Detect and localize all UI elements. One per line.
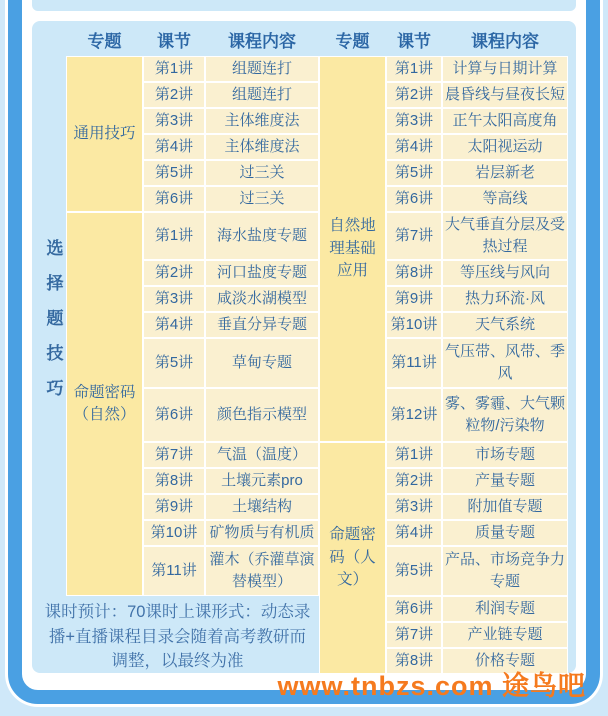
content-cell: 产品、市场竞争力专题 [442,546,568,596]
content-cell: 组题连打 [205,56,319,82]
lesson-cell: 第1讲 [143,212,205,260]
content-cell: 市场专题 [442,442,568,468]
curriculum-grid: 专题 课节 课程内容 专题 课节 课程内容 选择题技巧 课时预计：70课时上课形… [40,28,568,674]
content-cell: 主体维度法 [205,134,319,160]
content-cell: 雾、雾霾、大气颗粒物/污染物 [442,388,568,442]
poster-card: 专题 课节 课程内容 专题 课节 课程内容 选择题技巧 课时预计：70课时上课形… [8,0,600,704]
content-cell: 晨昏线与昼夜长短 [442,82,568,108]
lesson-cell: 第10讲 [386,312,442,338]
lesson-cell: 第6讲 [386,596,442,622]
content-cell: 土壤元素pro [205,468,319,494]
content-cell: 组题连打 [205,82,319,108]
lesson-cell: 第7讲 [143,442,205,468]
topic-cell: 自然地理基础应用 [319,56,386,442]
lesson-cell: 第8讲 [143,468,205,494]
lesson-cell: 第4讲 [143,134,205,160]
content-cell: 附加值专题 [442,494,568,520]
content-cell: 热力环流·风 [442,286,568,312]
lesson-cell: 第3讲 [143,108,205,134]
content-cell: 正午太阳高度角 [442,108,568,134]
content-cell: 气温（温度） [205,442,319,468]
lesson-cell: 第3讲 [386,108,442,134]
content-cell: 主体维度法 [205,108,319,134]
lesson-cell: 第11讲 [143,546,205,596]
content-cell: 海水盐度专题 [205,212,319,260]
lesson-cell: 第4讲 [386,134,442,160]
content-cell: 过三关 [205,186,319,212]
lesson-cell: 第11讲 [386,338,442,388]
content-cell: 过三关 [205,160,319,186]
lesson-cell: 第2讲 [386,468,442,494]
lesson-cell: 第1讲 [386,442,442,468]
page-background: { "header": { "cols": ["专题", "课节", "课程内容… [0,0,608,716]
lesson-cell: 第6讲 [386,186,442,212]
lesson-cell: 第3讲 [386,494,442,520]
content-cell: 岩层新老 [442,160,568,186]
lesson-cell: 第5讲 [386,160,442,186]
section-divider-strip [32,0,576,11]
content-cell: 产量专题 [442,468,568,494]
lesson-cell: 第5讲 [143,160,205,186]
vertical-section-label: 选择题技巧 [40,56,66,596]
column-header-content-right: 课程内容 [442,28,568,56]
content-cell: 土壤结构 [205,494,319,520]
lesson-cell: 第5讲 [143,338,205,388]
lesson-cell: 第9讲 [386,286,442,312]
content-cell: 气压带、风带、季风 [442,338,568,388]
column-header-topic-left: 专题 [66,28,143,56]
content-cell: 灌木（乔灌草演替模型） [205,546,319,596]
content-cell: 大气垂直分层及受热过程 [442,212,568,260]
content-cell: 咸淡水湖模型 [205,286,319,312]
column-header-lesson-left: 课节 [143,28,205,56]
content-cell: 天气系统 [442,312,568,338]
topic-cell: 命题密码（自然） [66,212,143,596]
lesson-cell: 第1讲 [386,56,442,82]
lesson-cell: 第4讲 [143,312,205,338]
lesson-cell: 第12讲 [386,388,442,442]
curriculum-panel: 专题 课节 课程内容 专题 课节 课程内容 选择题技巧 课时预计：70课时上课形… [32,21,576,673]
schedule-note: 课时预计：70课时上课形式：动态录播+直播课程目录会随着高考教研而调整，以最终为… [40,596,319,674]
column-header-lesson-right: 课节 [386,28,442,56]
content-cell: 草甸专题 [205,338,319,388]
content-cell: 颜色指示模型 [205,388,319,442]
column-header-topic-right: 专题 [319,28,386,56]
column-header-content-left: 课程内容 [205,28,319,56]
lesson-cell: 第8讲 [386,260,442,286]
lesson-cell: 第7讲 [386,622,442,648]
topic-cell: 通用技巧 [66,56,143,212]
content-cell: 等压线与风向 [442,260,568,286]
lesson-cell: 第7讲 [386,212,442,260]
topic-cell: 命题密码（人文） [319,442,386,674]
site-watermark: www.tnbzs.com 途鸟吧 [277,664,586,703]
content-cell: 计算与日期计算 [442,56,568,82]
lesson-cell: 第2讲 [143,260,205,286]
lesson-cell: 第3讲 [143,286,205,312]
lesson-cell: 第2讲 [143,82,205,108]
lesson-cell: 第1讲 [143,56,205,82]
content-cell: 矿物质与有机质 [205,520,319,546]
content-cell: 产业链专题 [442,622,568,648]
lesson-cell: 第9讲 [143,494,205,520]
lesson-cell: 第4讲 [386,520,442,546]
lesson-cell: 第6讲 [143,388,205,442]
content-cell: 利润专题 [442,596,568,622]
content-cell: 等高线 [442,186,568,212]
lesson-cell: 第10讲 [143,520,205,546]
content-cell: 垂直分异专题 [205,312,319,338]
content-cell: 太阳视运动 [442,134,568,160]
content-cell: 质量专题 [442,520,568,546]
lesson-cell: 第6讲 [143,186,205,212]
content-cell: 河口盐度专题 [205,260,319,286]
lesson-cell: 第5讲 [386,546,442,596]
lesson-cell: 第2讲 [386,82,442,108]
